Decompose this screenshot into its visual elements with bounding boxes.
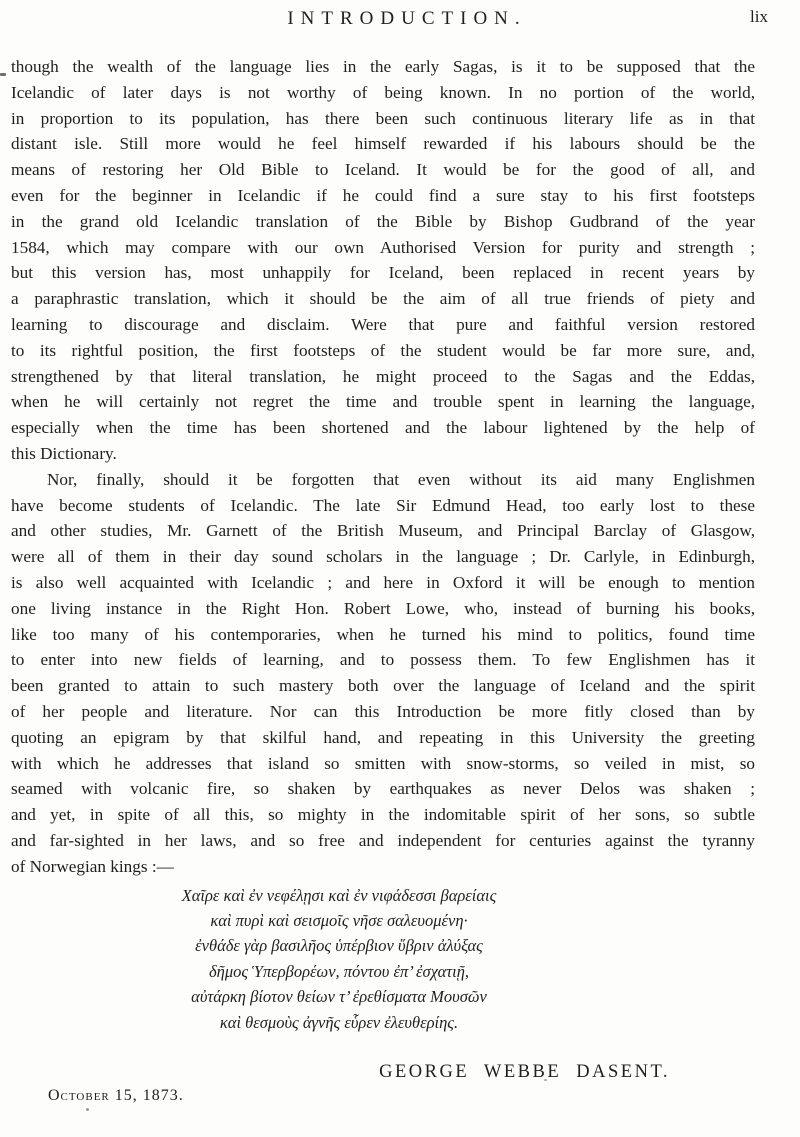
scan-artifact <box>0 73 6 76</box>
text-line: ἐνθάδε γὰρ βασιλῆος ὑπέρβιον ὕβριν ἀλύξα… <box>11 933 667 958</box>
date-line: October 15, 1873. <box>11 1085 755 1107</box>
book-page: INTRODUCTION. lix though the wealth of t… <box>0 0 800 1137</box>
text-line: καὶ θεσμοὺς ἀγνῆς εὗρεν ἐλευθερίης. <box>11 1010 667 1035</box>
greek-epigram: Χαῖρε καὶ ἐν νεφέλῃσι καὶ ἐν νιφάδεσσι β… <box>11 883 755 1035</box>
scan-artifact <box>544 1079 547 1081</box>
text-line: strengthened by that literal translation… <box>11 364 755 390</box>
text-line: distant isle. Still more would he feel h… <box>11 131 755 157</box>
text-line: one living instance in the Right Hon. Ro… <box>11 596 755 622</box>
text-line: a paraphrastic translation, which it sho… <box>11 286 755 312</box>
text-line: 1584, which may compare with our own Aut… <box>11 235 755 261</box>
text-line: learning to discourage and disclaim. Wer… <box>11 312 755 338</box>
text-line: to its rightful position, the first foot… <box>11 338 755 364</box>
text-line: in the grand old Icelandic translation o… <box>11 209 755 235</box>
text-line: when he will certainly not regret the ti… <box>11 389 755 415</box>
text-line: have become students of Icelandic. The l… <box>11 493 755 519</box>
text-line: though the wealth of the language lies i… <box>11 54 755 80</box>
text-line: were all of them in their day sound scho… <box>11 544 755 570</box>
text-line: καὶ πυρὶ καὶ σεισμοῖς νῆσε σαλευομένη· <box>11 908 667 933</box>
text-line: Χαῖρε καὶ ἐν νεφέλῃσι καὶ ἐν νιφάδεσσι β… <box>11 883 667 908</box>
text-line: and other studies, Mr. Garnett of the Br… <box>11 518 755 544</box>
text-line: especially when the time has been shorte… <box>11 415 755 441</box>
text-line: of Norwegian kings :— <box>11 854 755 880</box>
text-line: and yet, in spite of all this, so mighty… <box>11 802 755 828</box>
body-text: though the wealth of the language lies i… <box>0 54 800 1107</box>
text-line: δῆμος Ὑπερβορέων, πόντου ἐπ’ ἐσχατιῇ, <box>11 959 667 984</box>
text-line: but this version has, most unhappily for… <box>11 260 755 286</box>
text-line: seamed with volcanic fire, so shaken by … <box>11 776 755 802</box>
text-line: is also well acquainted with Icelandic ;… <box>11 570 755 596</box>
paragraph-1: though the wealth of the language lies i… <box>11 54 755 467</box>
text-line: with which he addresses that island so s… <box>11 751 755 777</box>
text-line: αὐτάρκη βίοτον θείων τ’ ἐρεθίσματα Μουσῶ… <box>11 984 667 1009</box>
text-line: and far-sighted in her laws, and so free… <box>11 828 755 854</box>
text-line: quoting an epigram by that skilful hand,… <box>11 725 755 751</box>
text-line: been granted to attain to such mastery b… <box>11 673 755 699</box>
author-signature: GEORGE WEBBE DASENT. <box>11 1061 755 1083</box>
page-title: INTRODUCTION. <box>0 8 800 30</box>
text-line: this Dictionary. <box>11 441 755 467</box>
scan-artifact <box>86 1108 89 1111</box>
text-line: like too many of his contemporaries, whe… <box>11 622 755 648</box>
text-line: Icelandic of later days is not worthy of… <box>11 80 755 106</box>
text-line: in proportion to its population, has the… <box>11 106 755 132</box>
text-line: means of restoring her Old Bible to Icel… <box>11 157 755 183</box>
paragraph-2: Nor, finally, should it be forgotten tha… <box>11 467 755 880</box>
text-line: to enter into new fields of learning, an… <box>11 647 755 673</box>
text-line: Nor, finally, should it be forgotten tha… <box>11 467 755 493</box>
page-number: lix <box>750 6 768 28</box>
text-line: even for the beginner in Icelandic if he… <box>11 183 755 209</box>
page-header: INTRODUCTION. lix <box>0 0 800 38</box>
text-line: of her people and literature. Nor can th… <box>11 699 755 725</box>
